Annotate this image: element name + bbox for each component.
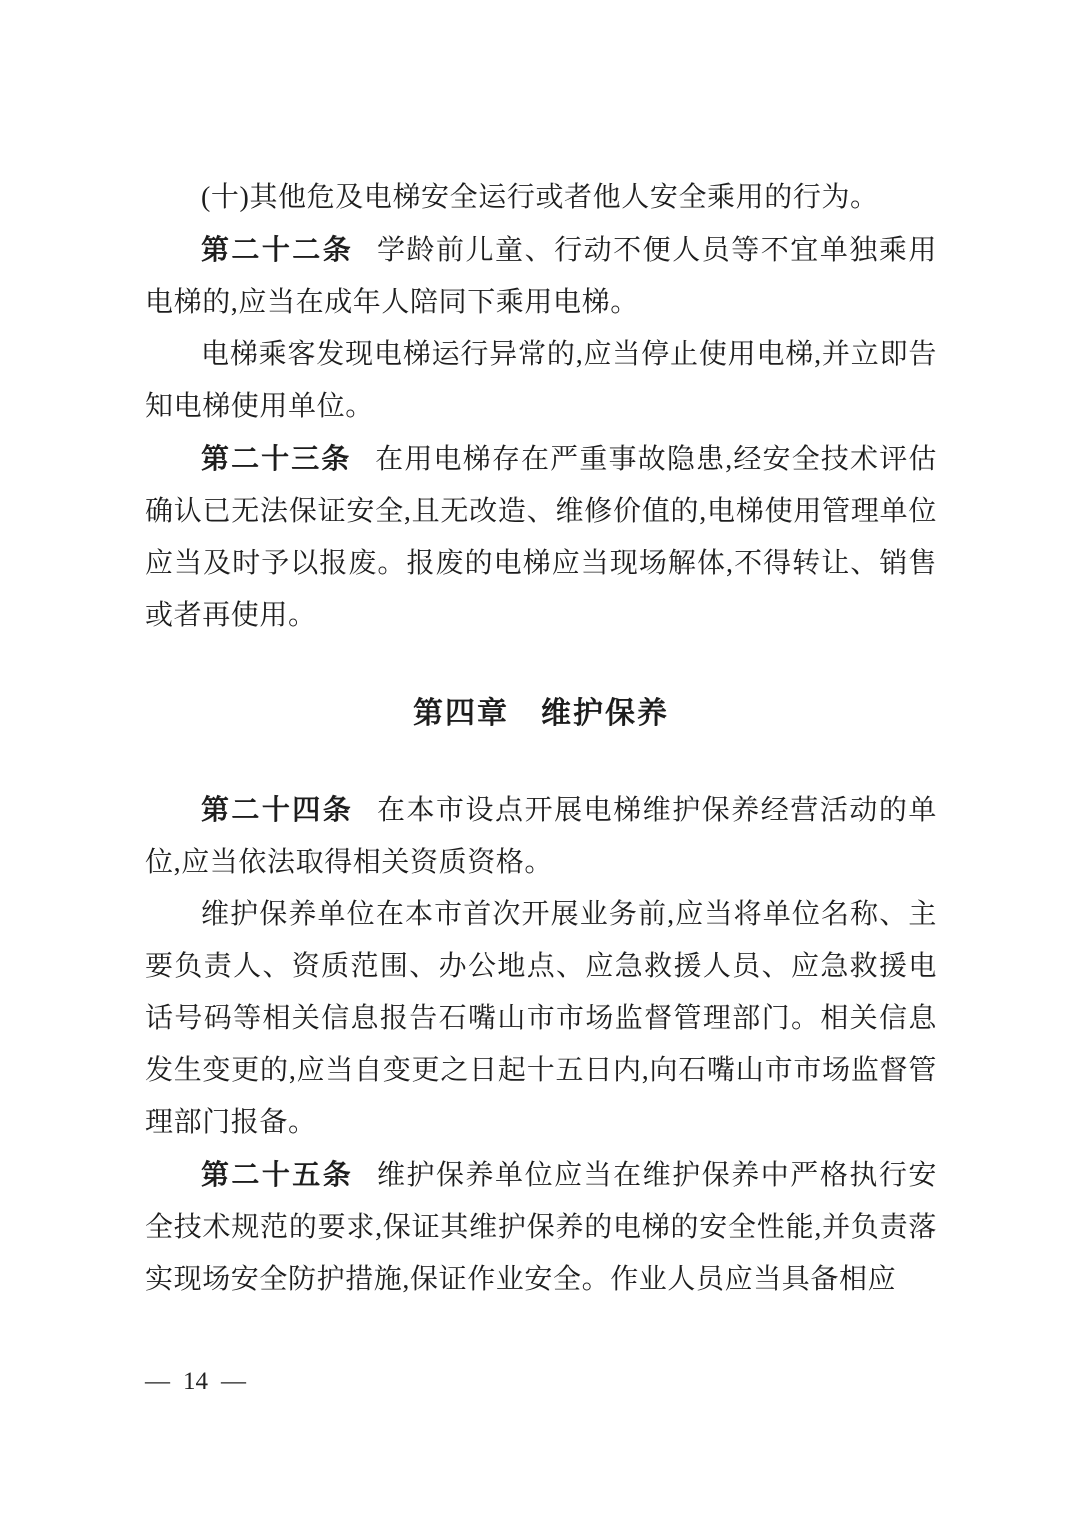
footer-right-dash: — bbox=[221, 1365, 246, 1399]
article-23-paragraph: 第二十三条在用电梯存在严重事故隐患,经安全技术评估确认已无法保证安全,且无改造、… bbox=[145, 433, 937, 642]
page-number: 14 bbox=[183, 1365, 208, 1399]
page-footer: — 14 — bbox=[145, 1365, 246, 1399]
document-page: (十)其他危及电梯安全运行或者他人安全乘用的行为。 第二十二条学龄前儿童、行动不… bbox=[0, 0, 1074, 1520]
chapter-4-heading: 第四章 维护保养 bbox=[145, 688, 937, 740]
article-24-number: 第二十四条 bbox=[201, 794, 377, 825]
footer-left-dash: — bbox=[145, 1365, 170, 1399]
article-24-paragraph-2: 维护保养单位在本市首次开展业务前,应当将单位名称、主要负责人、资质范围、办公地点… bbox=[145, 889, 937, 1149]
paragraph-item-10: (十)其他危及电梯安全运行或者他人安全乘用的行为。 bbox=[145, 172, 937, 224]
document-body: (十)其他危及电梯安全运行或者他人安全乘用的行为。 第二十二条学龄前儿童、行动不… bbox=[145, 172, 937, 1306]
article-25-number: 第二十五条 bbox=[201, 1159, 377, 1190]
article-24-paragraph: 第二十四条在本市设点开展电梯维护保养经营活动的单位,应当依法取得相关资质资格。 bbox=[145, 784, 937, 889]
article-22-paragraph: 第二十二条学龄前儿童、行动不便人员等不宜单独乘用电梯的,应当在成年人陪同下乘用电… bbox=[145, 224, 937, 329]
article-23-number: 第二十三条 bbox=[201, 443, 375, 474]
article-22-paragraph-2: 电梯乘客发现电梯运行异常的,应当停止使用电梯,并立即告知电梯使用单位。 bbox=[145, 329, 937, 433]
article-25-paragraph: 第二十五条维护保养单位应当在维护保养中严格执行安全技术规范的要求,保证其维护保养… bbox=[145, 1149, 937, 1306]
article-22-number: 第二十二条 bbox=[201, 234, 377, 265]
